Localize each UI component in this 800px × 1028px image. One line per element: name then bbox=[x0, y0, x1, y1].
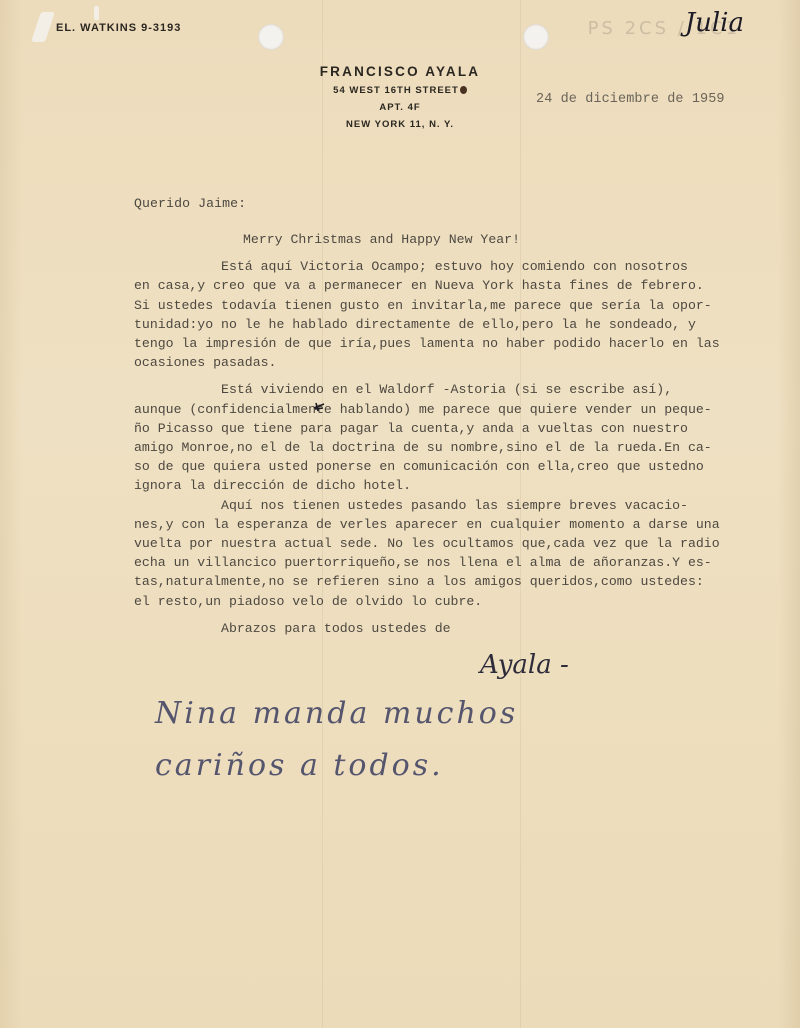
salutation: Querido Jaime: bbox=[134, 196, 246, 211]
closing-line: Abrazos para todos ustedes de bbox=[134, 619, 794, 638]
pen-correction-mark-icon bbox=[313, 402, 325, 412]
letterhead-address-city: NEW YORK 11, N. Y. bbox=[300, 119, 500, 130]
letterhead: FRANCISCO AYALA 54 WEST 16TH STREET APT.… bbox=[300, 64, 500, 136]
text-line: aunque (confidencialmente hablando) me p… bbox=[134, 400, 794, 419]
text-line: nes,y con la esperanza de verles aparece… bbox=[134, 515, 794, 534]
text-line: el resto,un piadoso velo de olvido lo cu… bbox=[134, 592, 794, 611]
handwritten-annotation-julia: Julia bbox=[685, 8, 744, 38]
postscript-line: cariños a todos. bbox=[155, 748, 444, 783]
postscript-line: Nina manda muchos bbox=[155, 696, 518, 731]
ink-blot-icon bbox=[460, 86, 467, 94]
text-line: ignora la dirección de dicho hotel. bbox=[134, 476, 794, 495]
letter-body: Merry Christmas and Happy New Year! Está… bbox=[134, 222, 794, 638]
letterhead-name: FRANCISCO AYALA bbox=[300, 64, 500, 79]
paragraph: Está viviendo en el Waldorf -Astoria (si… bbox=[134, 380, 794, 495]
paper-tear bbox=[94, 6, 99, 20]
letterhead-address-apt: APT. 4F bbox=[300, 102, 500, 113]
letter-page: PS 2CS / 1C1 EL. WATKINS 9-3193 FRANCISC… bbox=[0, 0, 800, 1028]
handwritten-postscript: Nina manda muchos cariños a todos. bbox=[155, 688, 518, 792]
letter-date: 24 de diciembre de 1959 bbox=[536, 92, 725, 107]
punch-hole bbox=[523, 24, 549, 50]
text-line: tengo la impresión de que iría,pues lame… bbox=[134, 334, 794, 353]
handwritten-signature: Ayala - bbox=[480, 650, 569, 680]
address-street-text: 54 WEST 16TH STREET bbox=[333, 85, 459, 96]
greeting-line: Merry Christmas and Happy New Year! bbox=[134, 230, 794, 249]
paragraph: Está aquí Victoria Ocampo; estuvo hoy co… bbox=[134, 257, 794, 372]
text-line: tunidad:yo no le he hablado directamente… bbox=[134, 315, 794, 334]
text-line: amigo Monroe,no el de la doctrina de su … bbox=[134, 438, 794, 457]
text-line: Está viviendo en el Waldorf -Astoria (si… bbox=[134, 380, 794, 399]
text-line: vuelta por nuestra actual sede. No les o… bbox=[134, 534, 794, 553]
greeting-text: Merry Christmas and Happy New Year! bbox=[243, 232, 520, 247]
text-line: ño Picasso que tiene para pagar la cuent… bbox=[134, 419, 794, 438]
paper-tear bbox=[31, 12, 55, 42]
letterhead-phone: EL. WATKINS 9-3193 bbox=[56, 22, 181, 34]
text-line: ocasiones pasadas. bbox=[134, 353, 794, 372]
text-line: Si ustedes todavía tienen gusto en invit… bbox=[134, 296, 794, 315]
text-line: echa un villancico puertorriqueño,se nos… bbox=[134, 553, 794, 572]
letterhead-address-street: 54 WEST 16TH STREET bbox=[300, 85, 500, 96]
text-line: so de que quiera usted ponerse en comuni… bbox=[134, 457, 794, 476]
paragraph: Aquí nos tienen ustedes pasando las siem… bbox=[134, 496, 794, 611]
text-line: Aquí nos tienen ustedes pasando las siem… bbox=[134, 496, 794, 515]
text-line: en casa,y creo que va a permanecer en Nu… bbox=[134, 276, 794, 295]
text-line: Está aquí Victoria Ocampo; estuvo hoy co… bbox=[134, 257, 794, 276]
text-line: tas,naturalmente,no se refieren sino a l… bbox=[134, 572, 794, 591]
punch-hole bbox=[258, 24, 284, 50]
